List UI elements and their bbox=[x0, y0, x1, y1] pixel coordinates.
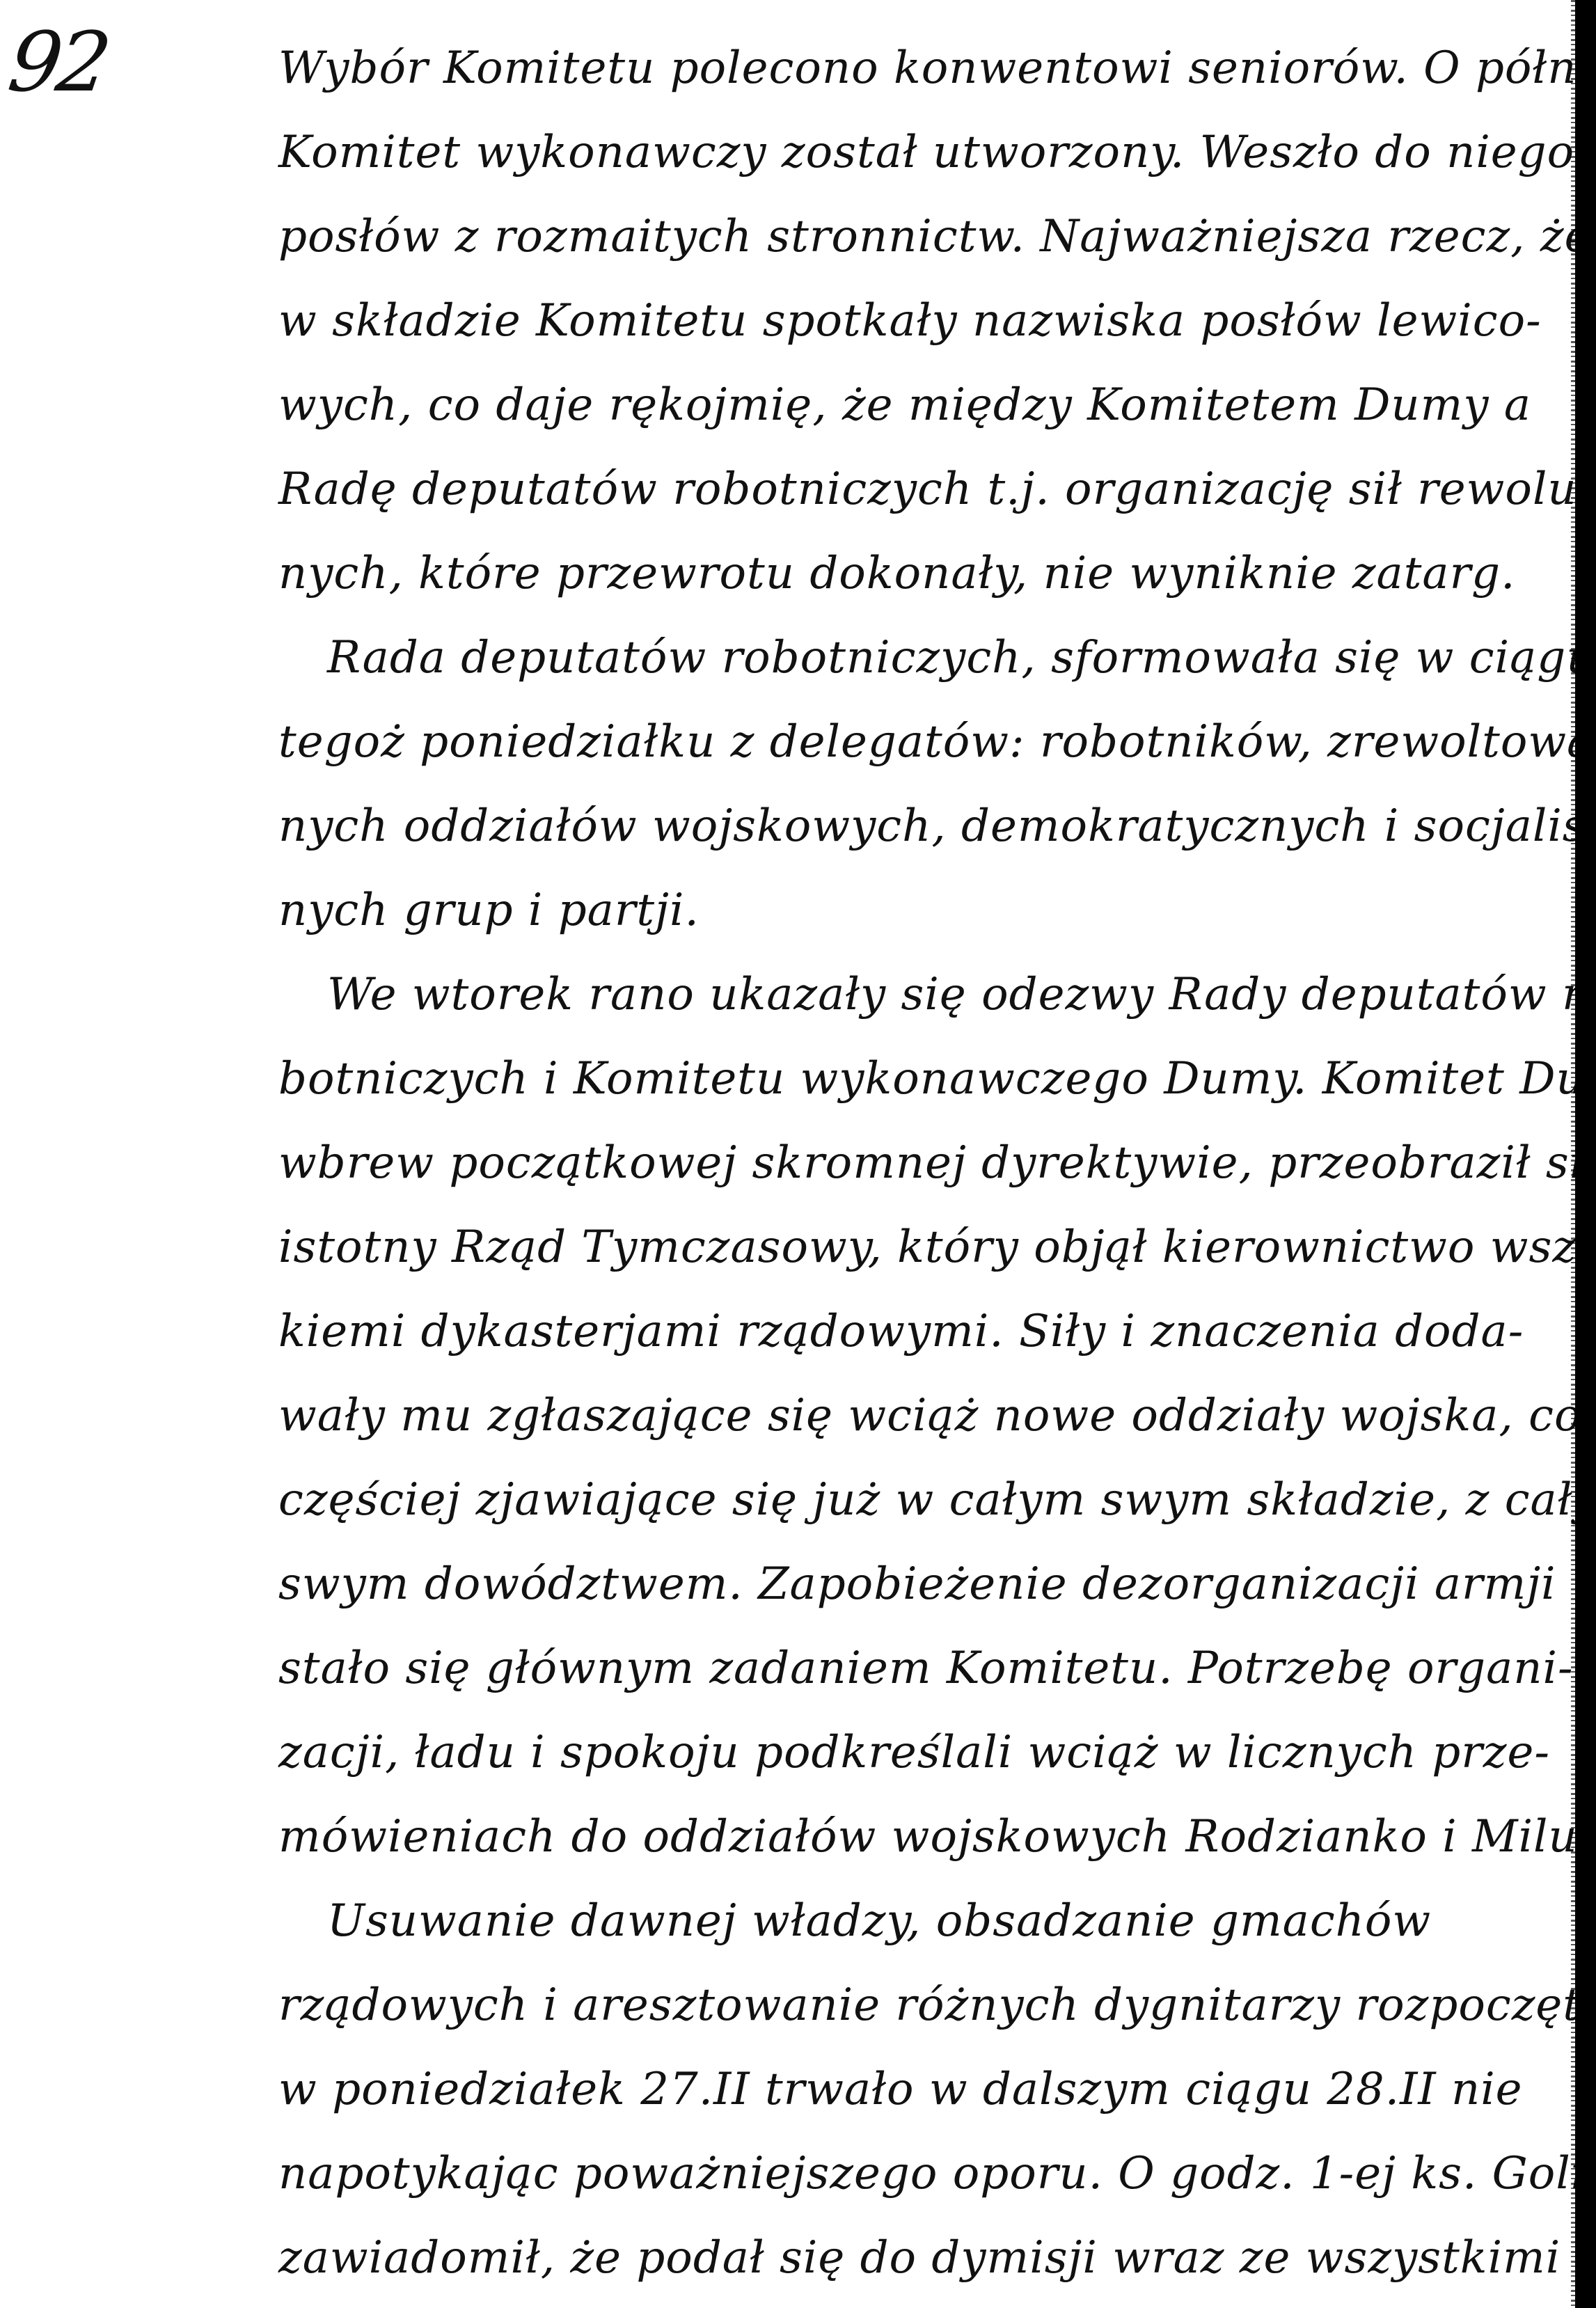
text-line-content: nych, które przewrotu dokonały, nie wyni… bbox=[278, 548, 1515, 599]
text-line-content: Usuwanie dawnej władzy, obsadzanie gmach… bbox=[327, 1895, 1431, 1947]
text-line: swym dowództwem. Zapobieżenie dezorganiz… bbox=[278, 1542, 1566, 1627]
text-line: napotykając poważniejszego oporu. O godz… bbox=[278, 2132, 1566, 2216]
text-line-content: botniczych i Komitetu wykonawczego Dumy.… bbox=[278, 1053, 1596, 1105]
text-line: mówieniach do oddziałów wojskowych Rodzi… bbox=[278, 1795, 1566, 1879]
text-line: botniczych i Komitetu wykonawczego Dumy.… bbox=[278, 1037, 1566, 1121]
text-line: Usuwanie dawnej władzy, obsadzanie gmach… bbox=[278, 1879, 1566, 1963]
text-line: Wybór Komitetu polecono konwentowi senio… bbox=[278, 26, 1566, 111]
text-line-content: posłów z rozmaitych stronnictw. Najważni… bbox=[278, 211, 1591, 262]
text-line: częściej zjawiające się już w całym swym… bbox=[278, 1458, 1566, 1542]
text-line-content: tegoż poniedziałku z delegatów: robotnik… bbox=[278, 716, 1596, 768]
text-line: zawiadomił, że podał się do dymisji wraz… bbox=[278, 2216, 1566, 2300]
text-line: zacji, ładu i spokoju podkreślali wciąż … bbox=[278, 1711, 1566, 1795]
text-line-content: Radę deputatów robotniczych t.j. organiz… bbox=[278, 464, 1596, 515]
text-line: nych grup i partji. bbox=[278, 869, 1566, 953]
text-line: wych, co daje rękojmię, że między Komite… bbox=[278, 363, 1566, 448]
text-line-content: zawiadomił, że podał się do dymisji wraz… bbox=[278, 2232, 1561, 2284]
text-line-content: napotykając poważniejszego oporu. O godz… bbox=[278, 2148, 1596, 2199]
text-line-content: kiemi dykasterjami rządowymi. Siły i zna… bbox=[278, 1306, 1524, 1357]
handwritten-text-block: Wybór Komitetu polecono konwentowi senio… bbox=[278, 26, 1566, 2300]
text-line-content: zacji, ładu i spokoju podkreślali wciąż … bbox=[278, 1727, 1550, 1778]
text-line: Rada deputatów robotniczych, sformowała … bbox=[278, 616, 1566, 700]
text-line-content: swym dowództwem. Zapobieżenie dezorganiz… bbox=[278, 1558, 1556, 1610]
text-line-content: wbrew początkowej skromnej dyrektywie, p… bbox=[278, 1137, 1596, 1189]
text-line-content: wały mu zgłaszające się wciąż nowe oddzi… bbox=[278, 1390, 1596, 1441]
text-line: w składzie Komitetu spotkały nazwiska po… bbox=[278, 279, 1566, 363]
text-line: Komitet wykonawczy został utworzony. Wes… bbox=[278, 111, 1566, 195]
text-line: w poniedziałek 27.II trwało w dalszym ci… bbox=[278, 2048, 1566, 2132]
text-line-content: wych, co daje rękojmię, że między Komite… bbox=[278, 379, 1531, 431]
manuscript-page: 92 Wybór Komitetu polecono konwentowi se… bbox=[0, 0, 1596, 2308]
text-line: rządowych i aresztowanie różnych dygnita… bbox=[278, 1963, 1566, 2048]
text-line-content: częściej zjawiające się już w całym swym… bbox=[278, 1474, 1596, 1526]
text-line: wbrew początkowej skromnej dyrektywie, p… bbox=[278, 1121, 1566, 1206]
text-line: kiemi dykasterjami rządowymi. Siły i zna… bbox=[278, 1290, 1566, 1374]
text-line-content: We wtorek rano ukazały się odezwy Rady d… bbox=[327, 969, 1596, 1020]
text-line: stało się głównym zadaniem Komitetu. Pot… bbox=[278, 1627, 1566, 1711]
text-line-content: Komitet wykonawczy został utworzony. Wes… bbox=[278, 127, 1596, 178]
text-line: nych oddziałów wojskowych, demokratyczny… bbox=[278, 784, 1566, 869]
text-line: wały mu zgłaszające się wciąż nowe oddzi… bbox=[278, 1374, 1566, 1458]
text-line: tegoż poniedziałku z delegatów: robotnik… bbox=[278, 700, 1566, 784]
text-line: posłów z rozmaitych stronnictw. Najważni… bbox=[278, 195, 1566, 279]
text-line-content: nych grup i partji. bbox=[278, 885, 700, 936]
text-line-content: w składzie Komitetu spotkały nazwiska po… bbox=[278, 295, 1542, 347]
binding-edge bbox=[1575, 0, 1596, 2308]
text-line: istotny Rząd Tymczasowy, który objął kie… bbox=[278, 1206, 1566, 1290]
page-number: 92 bbox=[4, 21, 112, 103]
text-line: nych, które przewrotu dokonały, nie wyni… bbox=[278, 532, 1566, 616]
text-line-content: Wybór Komitetu polecono konwentowi senio… bbox=[278, 42, 1596, 94]
text-line-content: stało się głównym zadaniem Komitetu. Pot… bbox=[278, 1643, 1574, 1694]
text-line: We wtorek rano ukazały się odezwy Rady d… bbox=[278, 953, 1566, 1037]
text-line-content: istotny Rząd Tymczasowy, który objął kie… bbox=[278, 1222, 1596, 1273]
text-line-content: nych oddziałów wojskowych, demokratyczny… bbox=[278, 800, 1596, 852]
text-line: Radę deputatów robotniczych t.j. organiz… bbox=[278, 448, 1566, 532]
text-line-content: Rada deputatów robotniczych, sformowała … bbox=[327, 632, 1595, 683]
text-line-content: w poniedziałek 27.II trwało w dalszym ci… bbox=[278, 2064, 1523, 2115]
text-line-content: mówieniach do oddziałów wojskowych Rodzi… bbox=[278, 1811, 1596, 1863]
text-line-content: rządowych i aresztowanie różnych dygnita… bbox=[278, 1979, 1596, 2031]
